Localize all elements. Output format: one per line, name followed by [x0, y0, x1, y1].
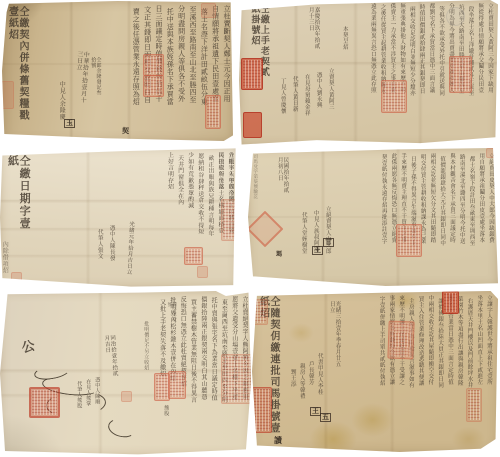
red-seal: [11, 272, 22, 283]
side-note-column: 仝郎余隆發記叁拾號: [90, 57, 101, 99]
red-seal: [121, 391, 132, 402]
text-column: 至溪西至路南至山北至塍四至: [189, 6, 196, 135]
red-seal: [486, 148, 499, 158]
edge-inscription-small: 內除借項炤: [1, 241, 7, 285]
text-column: 立杜賣田契人黃阿三今因家下缺用: [486, 3, 492, 141]
date-column: 光緒三拾壹年季春月廿五日立: [328, 301, 340, 367]
text-column: 係賣主一力承當不涉買主之事自賣: [389, 3, 395, 141]
text-column: 都土名嶺下段計田叁畝東至圳西至: [468, 156, 474, 281]
signature-mark: 玉: [64, 119, 75, 128]
text-column: 之後任從買主起耕管業收租納糧永: [379, 4, 385, 141]
text-columns: 立絕賣田皮契人中大郎今因缺銀費用自願將承祖鬮分田皮壹處坐落本都土名嶺下段計田叁畝…: [376, 153, 493, 281]
red-seal: [466, 388, 482, 422]
text-column: 等俱各不欲承受外托中引就送與同: [437, 6, 443, 141]
text-column: 托中賣與張宅名下為業當日議定時值: [210, 297, 216, 448]
red-seal: [197, 266, 208, 278]
red-seal: [250, 299, 268, 325]
date-column: 民國拾年拾貳月初八日: [276, 157, 288, 197]
document-3: 仝繳日期字壹紙 內除借項炤 立賬字人甲郎今因正用將自置民田壹所坐落土名橫壠面積壹…: [0, 147, 238, 288]
text-column: 立讓字人韓護世今將承祖住宅壹所: [485, 295, 491, 445]
text-column: 讓價佛銀叁拾陸大員正其銀即日同: [436, 298, 442, 445]
text-column: 分明盡問房親人等俱各不受外: [177, 5, 184, 135]
red-seal: [252, 387, 272, 433]
signature-column: 憑中人劉永興: [315, 72, 321, 126]
text-column: 路南至溪北至墈四至分明今托中送: [458, 154, 464, 281]
note-column: 本契呈炤: [341, 26, 347, 62]
red-seal: [396, 224, 422, 257]
document-6: 仝隨契仴繳連批司馬掛號壹紙炤 立讓字人韓護世今將承祖住宅壹所坐落本里土名山凹面直…: [252, 291, 498, 452]
text-column: 來歷不明讓主出頭抵當不干受讓之: [397, 295, 403, 445]
text-column: 無從得處自情願將承父鬮分民田壹: [476, 3, 482, 141]
joint-edge-inscription: 仝繳日期字壹紙: [7, 155, 30, 239]
text-columns: 立讓字人韓護世今將承祖住宅壹所坐落本里土名山凹面直上下貳進左右護厝天井門樓以及門…: [374, 295, 491, 445]
signature-mark: 王: [312, 246, 323, 255]
date-column: 同治拾壹年拾貳月吉日: [102, 335, 117, 382]
registry-column: 司馬兌字第柒號驗訖: [252, 154, 257, 210]
red-seal: [387, 321, 414, 360]
text-column: 無重張典掛他人財物如有來歷不明: [398, 3, 404, 141]
red-seal: [0, 81, 14, 109]
text-column: 托中送與本族姪孫名下承買當: [166, 8, 173, 135]
end-character-mark: 讀: [274, 437, 282, 445]
red-seal: [221, 354, 253, 404]
text-column: 買主蓄禁樹木管業無阻日後不得異言: [189, 299, 195, 448]
flourish-character: 公: [21, 340, 37, 356]
text-column: 主房親人等不得阻擋異言滋事如有: [407, 298, 413, 445]
signature-column: 憑中人陳長發: [108, 225, 114, 277]
signature-column: 丁見人曾慶懷: [279, 78, 285, 132]
date-column: 光緒元年拾月吉日立: [124, 221, 133, 279]
signature-column: 在見母舅賴金祥: [303, 74, 309, 128]
text-columns: 立杜賣田契人黃阿三今因家下缺用無從得處自情願將承父鬮分民田壹段坐落土名上洋壠計種…: [365, 3, 492, 141]
text-column: 右護厝天井門樓以及門前餘坪水井: [466, 298, 472, 445]
text-column: 觀名下管業當日憑中三面言定時值: [446, 295, 452, 445]
text-column: 立杜賣斷契人鄭士元今因正用: [223, 5, 230, 135]
signature-column: 代筆人堂姪樹堂: [300, 212, 306, 264]
signature-column: 立絕賣契人中大郎: [324, 206, 330, 258]
text-column: 契壹紙付執永遠存炤再批添註壹字: [380, 154, 386, 281]
diamond-red-seal: [247, 211, 284, 248]
document-4: 司馬兌字第柒號驗訖 立絕賣田皮契人中大郎今因缺銀費用自願將承祖鬮分田皮壹處坐落本…: [248, 148, 498, 286]
text-column: 日後子孫不得異言生端滋事如有上: [409, 156, 415, 281]
red-seal: [243, 112, 262, 138]
text-column: 遠為業兩無異言恐口無憑立此存照: [369, 3, 375, 141]
text-column: 立絕賣田皮契人中大郎今因缺銀費: [487, 153, 493, 281]
red-seal: [184, 247, 203, 265]
documents-photo: 仝繳契內併條舊契糧戳壹紙炤 立杜賣斷契人鄭士元今因正用自情願將承祖遺下民田壹處坐…: [0, 0, 500, 457]
text-column: 價銀拾陸兩正銀契兩交明白其山聽憑: [200, 296, 206, 448]
signature-flourish: [106, 416, 137, 439]
signature-column: 戶長韓芳: [307, 361, 313, 413]
signature-column: 代筆人黃日新: [291, 76, 297, 130]
text-column: 時值田價銀貳拾肆兩正其銀契即日: [418, 4, 424, 141]
text-column: 值價龍銀肆拾大元正其銀即日同中: [438, 156, 444, 281]
text-column: 此係兩愿各無反悔恐口無憑立絕賣: [390, 153, 396, 281]
red-seal-large: [29, 387, 60, 418]
text-column: 手來歷不明賣主理直不干買主之事: [399, 153, 405, 281]
red-seal: [143, 75, 164, 97]
signature-column: 代筆人張文: [96, 229, 102, 279]
red-seal: [442, 291, 459, 314]
signature-mark: 瑪: [276, 252, 282, 258]
text-column: 都劉宅名下承買當日憑中三面言議: [428, 3, 434, 141]
text-column: 兩相交收足訖明白並無短少分釐亦: [408, 6, 414, 141]
text-column: 與本村觀音會名下承買三面議定時: [448, 153, 454, 281]
faint-watermark-circle: [446, 7, 465, 26]
date-column: 嘉慶拾玖年拾貳月十三日: [307, 7, 319, 53]
contract-character-mark: 契: [122, 128, 129, 135]
text-column: 菜園竹木等項盡行出讓與親房韓隆: [456, 296, 462, 445]
red-seal: [205, 95, 221, 129]
red-seal: [449, 56, 472, 93]
name-column: 熊股: [163, 405, 168, 431]
red-seal: [221, 199, 240, 241]
document-5: 棚字第壹號 立杜賣絕契字人熊阿興今因乏銀應用愿將父遺受分山場壹號土名棚下坐產東至…: [0, 291, 251, 456]
text-column: 事兩家情愿各無翻悔今欲有憑立讓: [388, 295, 394, 445]
text-column: 明交付買主管耕收租納課永為己業: [419, 154, 425, 281]
red-seal: [168, 371, 186, 399]
document-1: 仝繳契內併條舊契糧戳壹紙炤 立杜賣斷契人鄭士元今因正用自情願將承祖遺下民田壹處坐…: [2, 1, 233, 141]
text-column: 買主入住管業修理改造悉聽其便讓: [417, 296, 423, 445]
signature-column: 代書甲見人李桂: [316, 353, 322, 411]
signature-column: 親房人等韓禮: [298, 363, 304, 417]
signature-column: 甥王添: [289, 369, 295, 419]
red-seal: [143, 54, 164, 76]
text-column: 中兩相交收足訖其屋隨即搬空交付: [427, 295, 433, 445]
text-column: 坐落本里土名山凹面直上下貳進左: [475, 295, 481, 445]
text-column: 兩相交訖並無短欠分文其田隨即踏: [429, 153, 435, 281]
red-seal: [241, 58, 263, 90]
text-column: 字壹紙併繳上手司單共貳紙付執炤: [378, 296, 384, 445]
signature-mark: 五: [320, 413, 331, 422]
signature-column: 立賣契人黃阿三: [327, 68, 333, 124]
red-seal: [381, 80, 407, 113]
text-column: 賣之後任憑管業永遠存照為炤: [132, 8, 139, 135]
text-column: 用自願將承祖鬮分田皮壹處坐落本: [477, 153, 483, 281]
date-column: 中華拾年拾壹月十三日立: [72, 51, 88, 108]
note-column: 批明價足不另立收炤: [143, 321, 148, 371]
red-seal: [201, 3, 216, 18]
signature-mark: 甘: [323, 238, 334, 247]
